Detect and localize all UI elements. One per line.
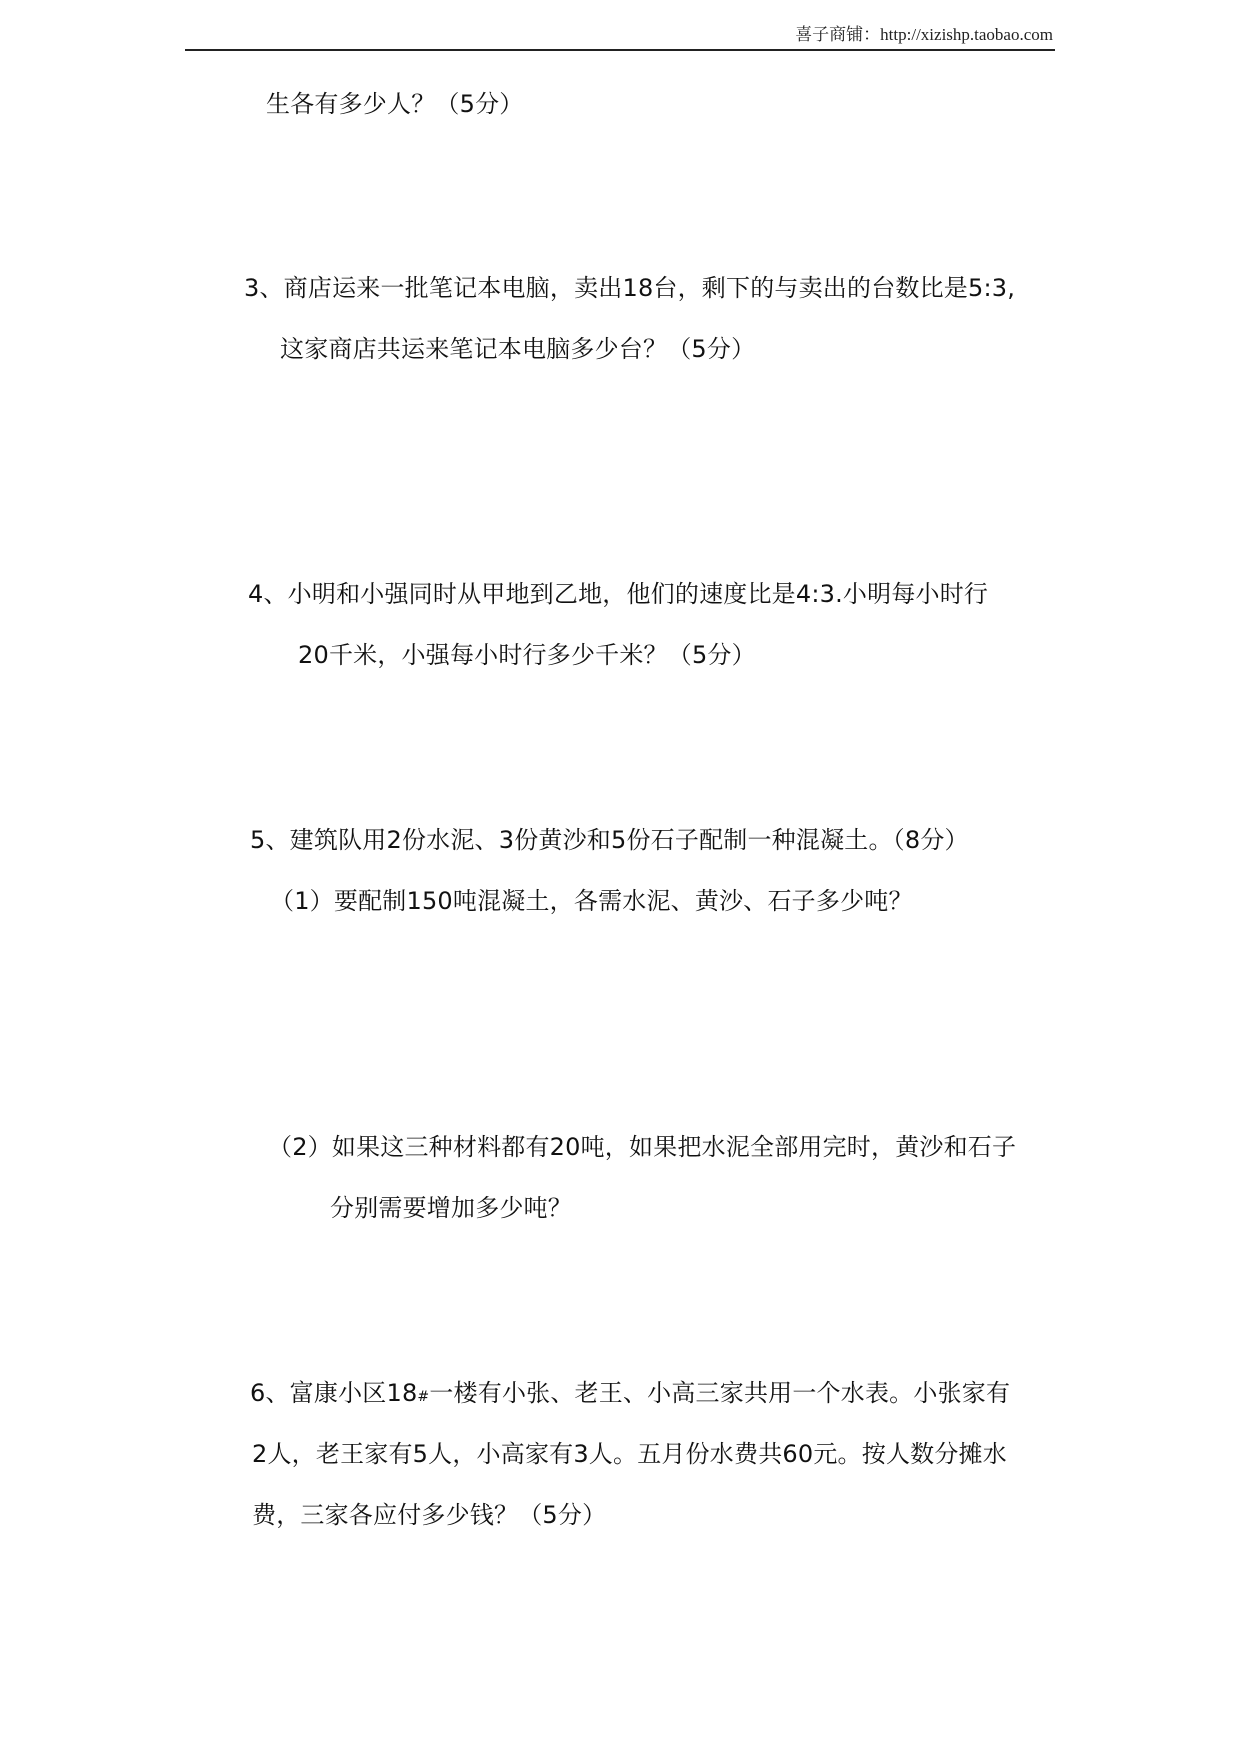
question-5-part-1: （1）要配制150吨混凝土，各需水泥、黄沙、石子多少吨？ (270, 881, 913, 916)
question-6-line-2: 2人，老王家有5人，小高家有3人。五月份水费共60元。按人数分摊水 (252, 1434, 1007, 1469)
question-5-part-2-line-2: 分别需要增加多少吨？ (330, 1188, 572, 1223)
question-6-line-3: 费，三家各应付多少钱？（5分） (252, 1495, 606, 1530)
building-number-mark: # (417, 1389, 429, 1405)
question-5-stem: 5、建筑队用2份水泥、3份黄沙和5份石子配制一种混凝土。（8分） (250, 820, 969, 855)
question-6-pre: 6、富康小区18 (250, 1379, 417, 1407)
header-divider (185, 49, 1055, 51)
question-6-line-1: 6、富康小区18#一楼有小张、老王、小高三家共用一个水表。小张家有 (250, 1373, 1010, 1408)
question-3-line-1: 3、商店运来一批笔记本电脑，卖出18台，剩下的与卖出的台数比是5:3, (244, 268, 1015, 303)
question-3-line-2: 这家商店共运来笔记本电脑多少台？（5分） (280, 329, 755, 364)
q2-continuation: 生各有多少人？（5分） (266, 84, 523, 119)
header-shop-text: 喜子商铺：http://xizishp.taobao.com (795, 20, 1053, 45)
question-4-line-1: 4、小明和小强同时从甲地到乙地，他们的速度比是4:3.小明每小时行 (248, 574, 988, 609)
question-6-post: 一楼有小张、老王、小高三家共用一个水表。小张家有 (429, 1379, 1010, 1407)
question-4-line-2: 20千米，小强每小时行多少千米？（5分） (298, 635, 756, 670)
question-5-part-2-line-1: （2）如果这三种材料都有20吨，如果把水泥全部用完时，黄沙和石子 (268, 1127, 1016, 1162)
